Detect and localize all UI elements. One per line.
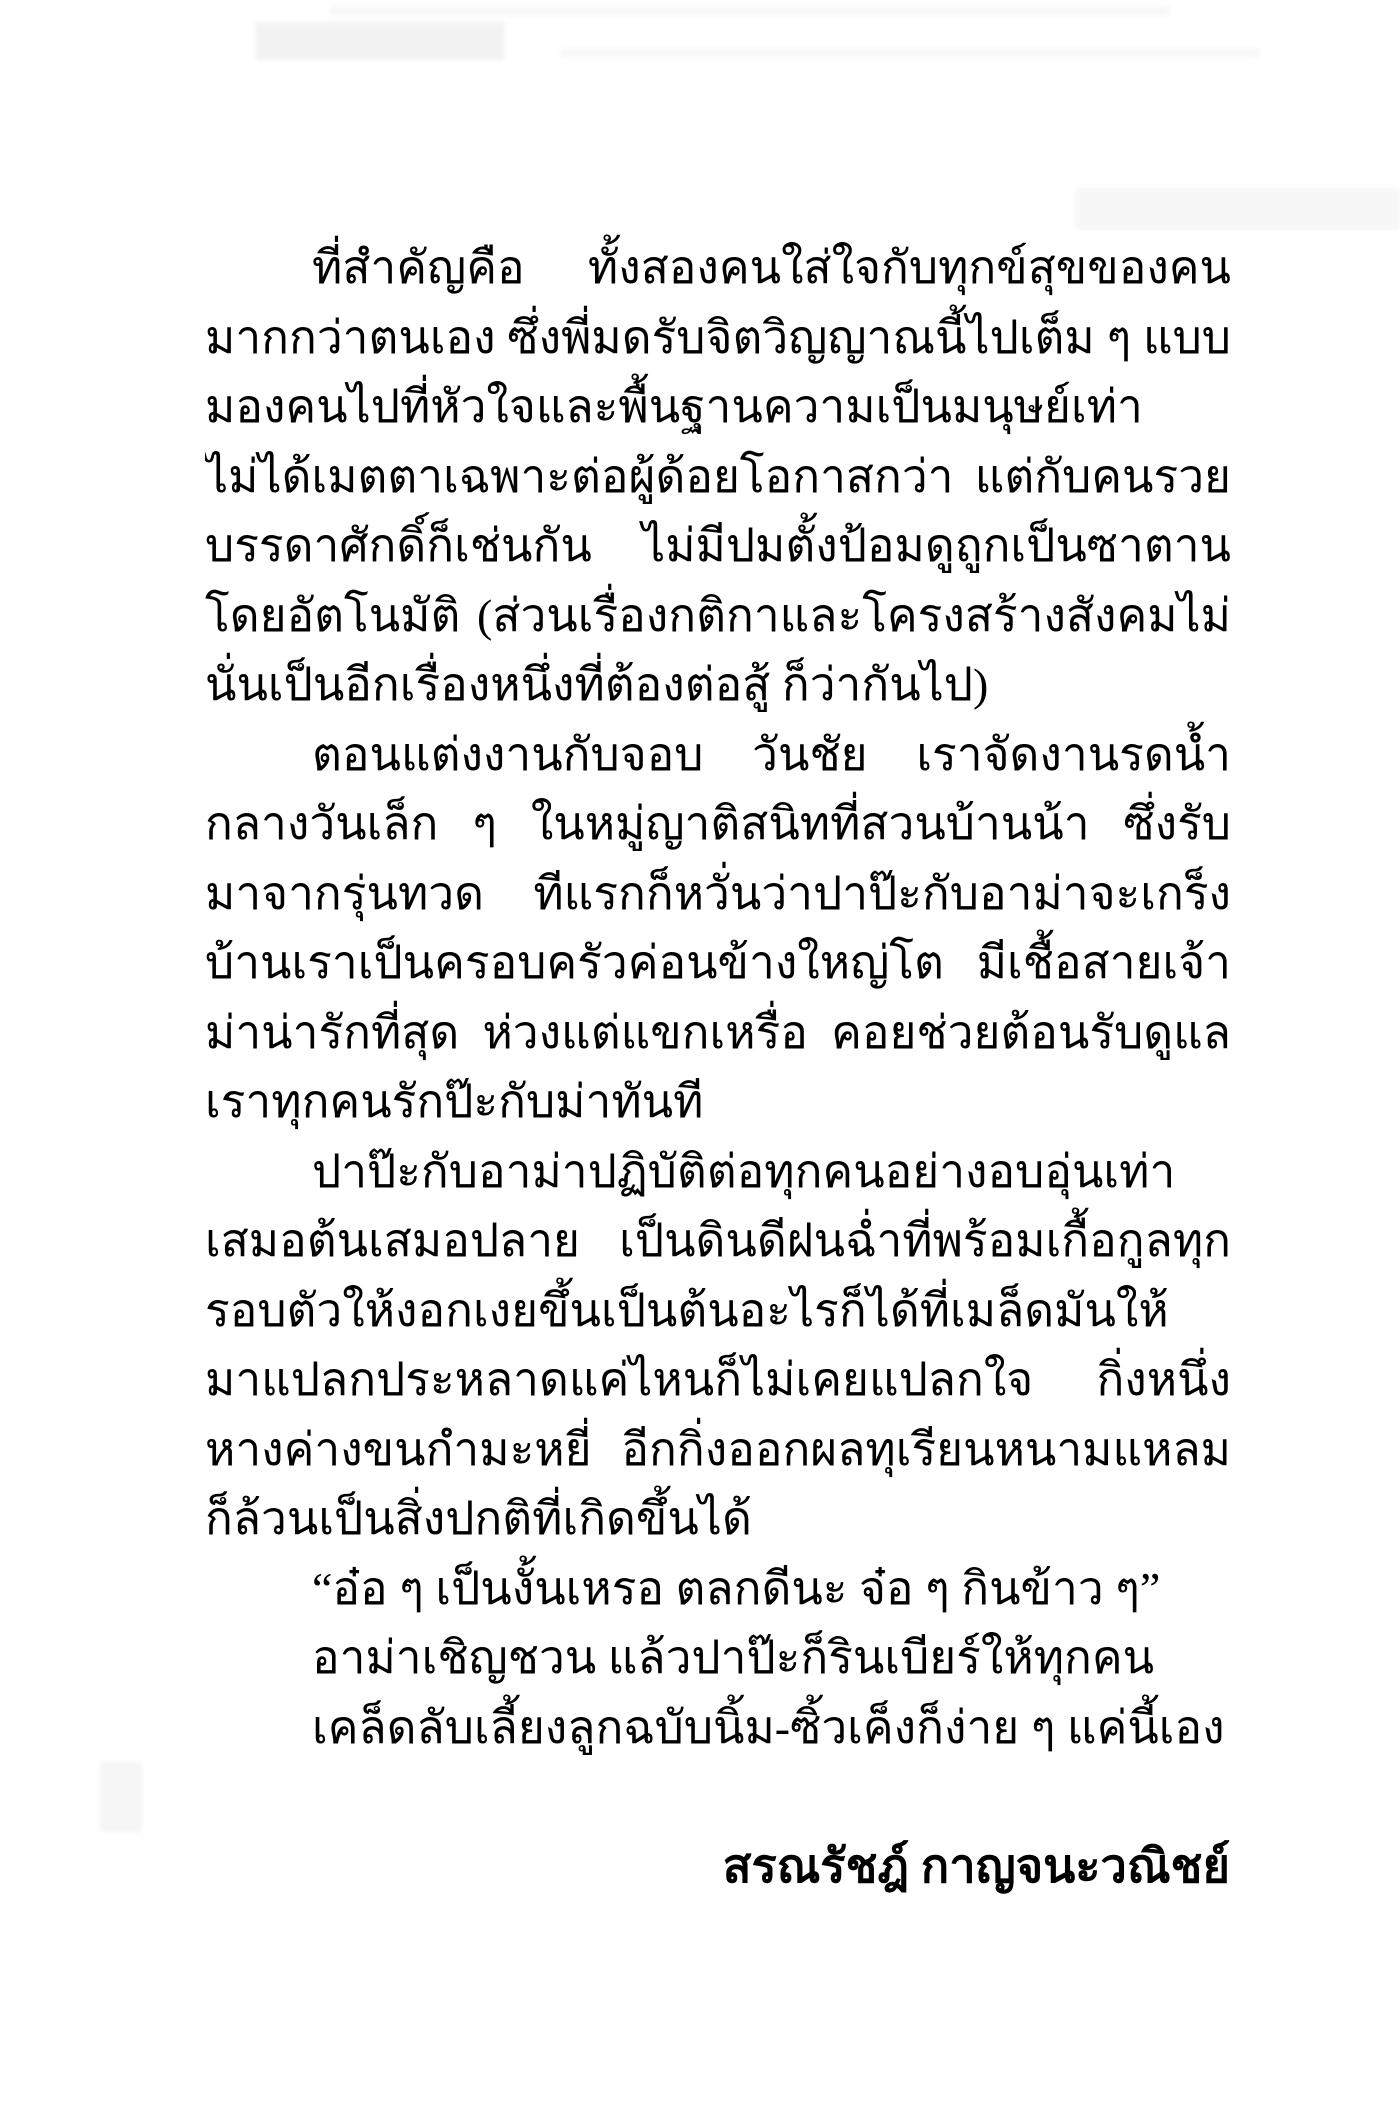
scan-artifact <box>255 22 505 60</box>
scan-artifact <box>330 6 1170 16</box>
text-line: โดยอัตโนมัติ (ส่วนเรื่องกติกาและโครงสร้า… <box>205 581 1231 651</box>
text-line: ปาป๊ะกับอาม่าปฏิบัติต่อทุกคนอย่างอบอุ่นเ… <box>205 1137 1231 1207</box>
text-line: หางค่างขนกำมะหยี่ อีกกิ่งออกผลทุเรียนหนา… <box>205 1415 1231 1485</box>
scan-artifact <box>1075 188 1400 230</box>
text-line: ตอนแต่งงานกับจอบ วันชัย เราจัดงานรดน้ำ เ… <box>205 720 1231 790</box>
text-line: บรรดาศักดิ์ก็เช่นกัน ไม่มีปมตั้งป้อมดูถู… <box>205 511 1231 581</box>
dialogue-line: เคล็ดลับเลี้ยงลูกฉบับนิ้ม-ซิ้วเค็งก็ง่าย… <box>205 1693 1231 1763</box>
text-line: กลางวันเล็ก ๆ ในหมู่ญาติสนิทที่สวนบ้านน้… <box>205 789 1231 859</box>
text-line: มาแปลกประหลาดแค่ไหนก็ไม่เคยแปลกใจ กิ่งหน… <box>205 1345 1231 1415</box>
text-line: บ้านเราเป็นครอบครัวค่อนข้างใหญ่โต มีเชื้… <box>205 928 1231 998</box>
text-line: ที่สำคัญคือ ทั้งสองคนใส่ใจกับทุกข์สุขของ… <box>205 233 1231 303</box>
scan-artifact <box>100 1762 142 1832</box>
text-line: ไม่ได้เมตตาเฉพาะต่อผู้ด้อยโอกาสกว่า แต่ก… <box>205 442 1231 512</box>
text-line: ม่าน่ารักที่สุด ห่วงแต่แขกเหรื่อ คอยช่วย… <box>205 998 1231 1068</box>
text-line: นั่นเป็นอีกเรื่องหนึ่งที่ต้องต่อสู้ ก็ว่… <box>205 650 1231 720</box>
scan-artifact <box>560 48 1260 58</box>
text-line: เสมอต้นเสมอปลาย เป็นดินดีฝนฉ่ำที่พร้อมเก… <box>205 1206 1231 1276</box>
text-line: ก็ล้วนเป็นสิ่งปกติที่เกิดขึ้นได้ <box>205 1484 1231 1554</box>
book-page: ที่สำคัญคือ ทั้งสองคนใส่ใจกับทุกข์สุขของ… <box>0 0 1400 2122</box>
text-line: มากกว่าตนเอง ซึ่งพี่มดรับจิตวิญญาณนี้ไปเ… <box>205 303 1231 373</box>
text-line: มาจากรุ่นทวด ทีแรกก็หวั่นว่าปาป๊ะกับอาม่… <box>205 859 1231 929</box>
author-signature: สรณรัชฎ์ กาญจนะวณิชย์ <box>723 1832 1230 1902</box>
text-line: รอบตัวให้งอกเงยขึ้นเป็นต้นอะไรก็ได้ที่เม… <box>205 1276 1231 1346</box>
dialogue-line: อาม่าเชิญชวน แล้วปาป๊ะก็รินเบียร์ให้ทุกค… <box>205 1623 1231 1693</box>
dialogue-line: “อ๋อ ๆ เป็นงั้นเหรอ ตลกดีนะ จ๋อ ๆ กินข้า… <box>205 1554 1231 1624</box>
text-line: มองคนไปที่หัวใจและพื้นฐานความเป็นมนุษย์เ… <box>205 372 1231 442</box>
body-text: ที่สำคัญคือ ทั้งสองคนใส่ใจกับทุกข์สุขของ… <box>205 233 1231 1762</box>
text-line: เราทุกคนรักป๊ะกับม่าทันที <box>205 1067 1231 1137</box>
